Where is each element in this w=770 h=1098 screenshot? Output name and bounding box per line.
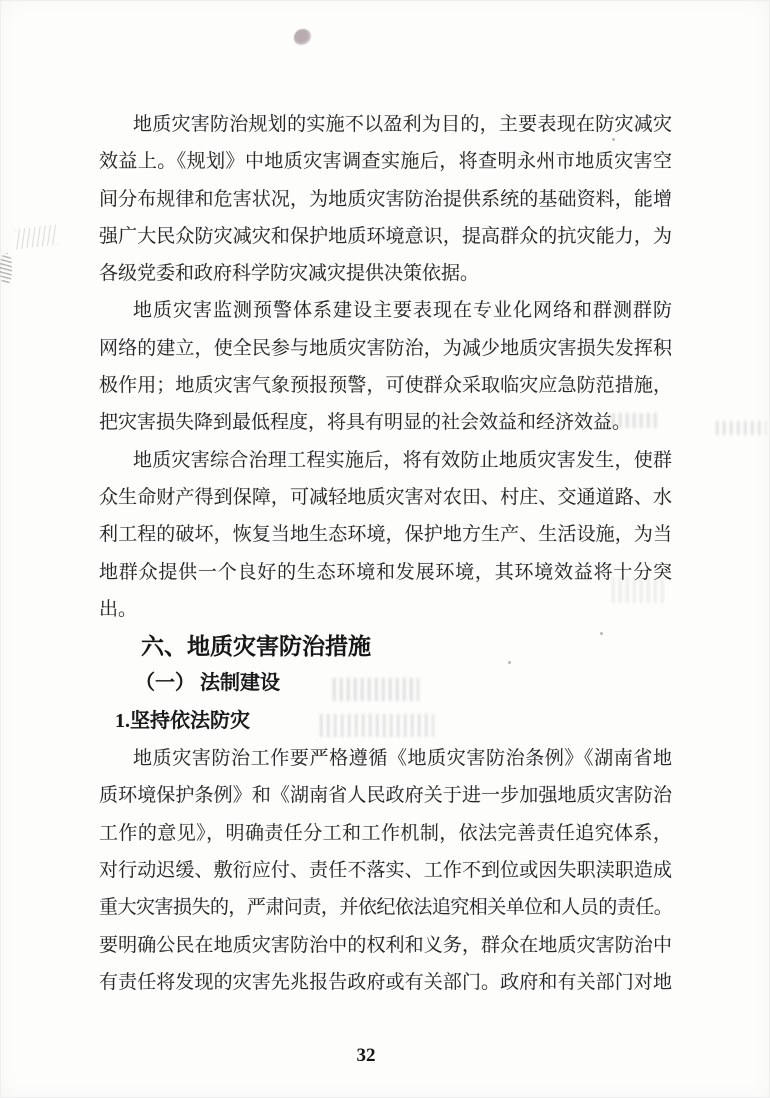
section-heading: 六、地质灾害防治措施 [99, 628, 672, 665]
bleed-through-mark [716, 421, 766, 435]
body-text-line: 工作的意见》，明确责任分工和工作机制，依法完善责任追究体系， [99, 815, 672, 852]
body-text-line: 重大灾害损失的，严肃问责，并依纪依法追究相关单位和人员的责任。 [99, 889, 672, 926]
body-text-line: 出。 [99, 591, 672, 628]
pencil-mark [14, 225, 58, 250]
body-text-line: 地质灾害防治规划的实施不以盈利为目的，主要表现在防灾减灾 [99, 106, 672, 143]
subsection-heading: （一） 法制建设 [99, 665, 672, 702]
body-text-line: 众生命财产得到保障，可减轻地质灾害对农田、村庄、交通道路、水 [99, 479, 672, 516]
ink-smudge [294, 29, 311, 45]
page-number: 32 [0, 1045, 732, 1067]
body-text-line: 效益上。《规划》中地质灾害调查实施后，将查明永州市地质灾害空 [99, 143, 672, 180]
body-text-line: 极作用；地质灾害气象预报预警，可使群众采取临灾应急防范措施， [99, 367, 672, 404]
body-text-line: 网络的建立，使全民参与地质灾害防治，为减少地质灾害损失发挥积 [99, 330, 672, 367]
body-text-line: 地质灾害防治工作要严格遵循《地质灾害防治条例》《湖南省地 [99, 740, 672, 777]
body-text-line: 要明确公民在地质灾害防治中的权利和义务，群众在地质灾害防治中 [99, 927, 672, 964]
body-text-line: 间分布规律和危害状况，为地质灾害防治提供系统的基础资料，能增 [99, 181, 672, 218]
body-text-line: 地质灾害监测预警体系建设主要表现在专业化网络和群测群防 [99, 292, 672, 329]
body-text-line: 把灾害损失降到最低程度，将具有明显的社会效益和经济效益。 [99, 404, 672, 441]
body-text-line: 强广大民众防灾减灾和保护地质环境意识，提高群众的抗灾能力，为 [99, 218, 672, 255]
scanned-document-page: 地质灾害防治规划的实施不以盈利为目的，主要表现在防灾减灾效益上。《规划》中地质灾… [0, 0, 770, 1098]
body-text-line: 地群众提供一个良好的生态环境和发展环境，其环境效益将十分突 [99, 554, 672, 591]
body-text-line: 有责任将发现的灾害先兆报告政府或有关部门。政府和有关部门对地 [99, 964, 672, 1001]
pencil-mark [0, 253, 12, 285]
body-text-line: 地质灾害综合治理工程实施后，将有效防止地质灾害发生，使群 [99, 442, 672, 479]
body-text-line: 质环境保护条例》和《湖南省人民政府关于进一步加强地质灾害防治 [99, 777, 672, 814]
body-text-line: 对行动迟缓、敷衍应付、责任不落实、工作不到位或因失职渎职造成 [99, 852, 672, 889]
body-text-line: 利工程的破坏，恢复当地生态环境，保护地方生产、生活设施，为当 [99, 516, 672, 553]
body-text-line: 各级党委和政府科学防灾减灾提供决策依据。 [99, 255, 672, 292]
clause-heading: 1.坚持依法防灾 [99, 703, 672, 740]
document-body: 地质灾害防治规划的实施不以盈利为目的，主要表现在防灾减灾效益上。《规划》中地质灾… [99, 106, 672, 1001]
